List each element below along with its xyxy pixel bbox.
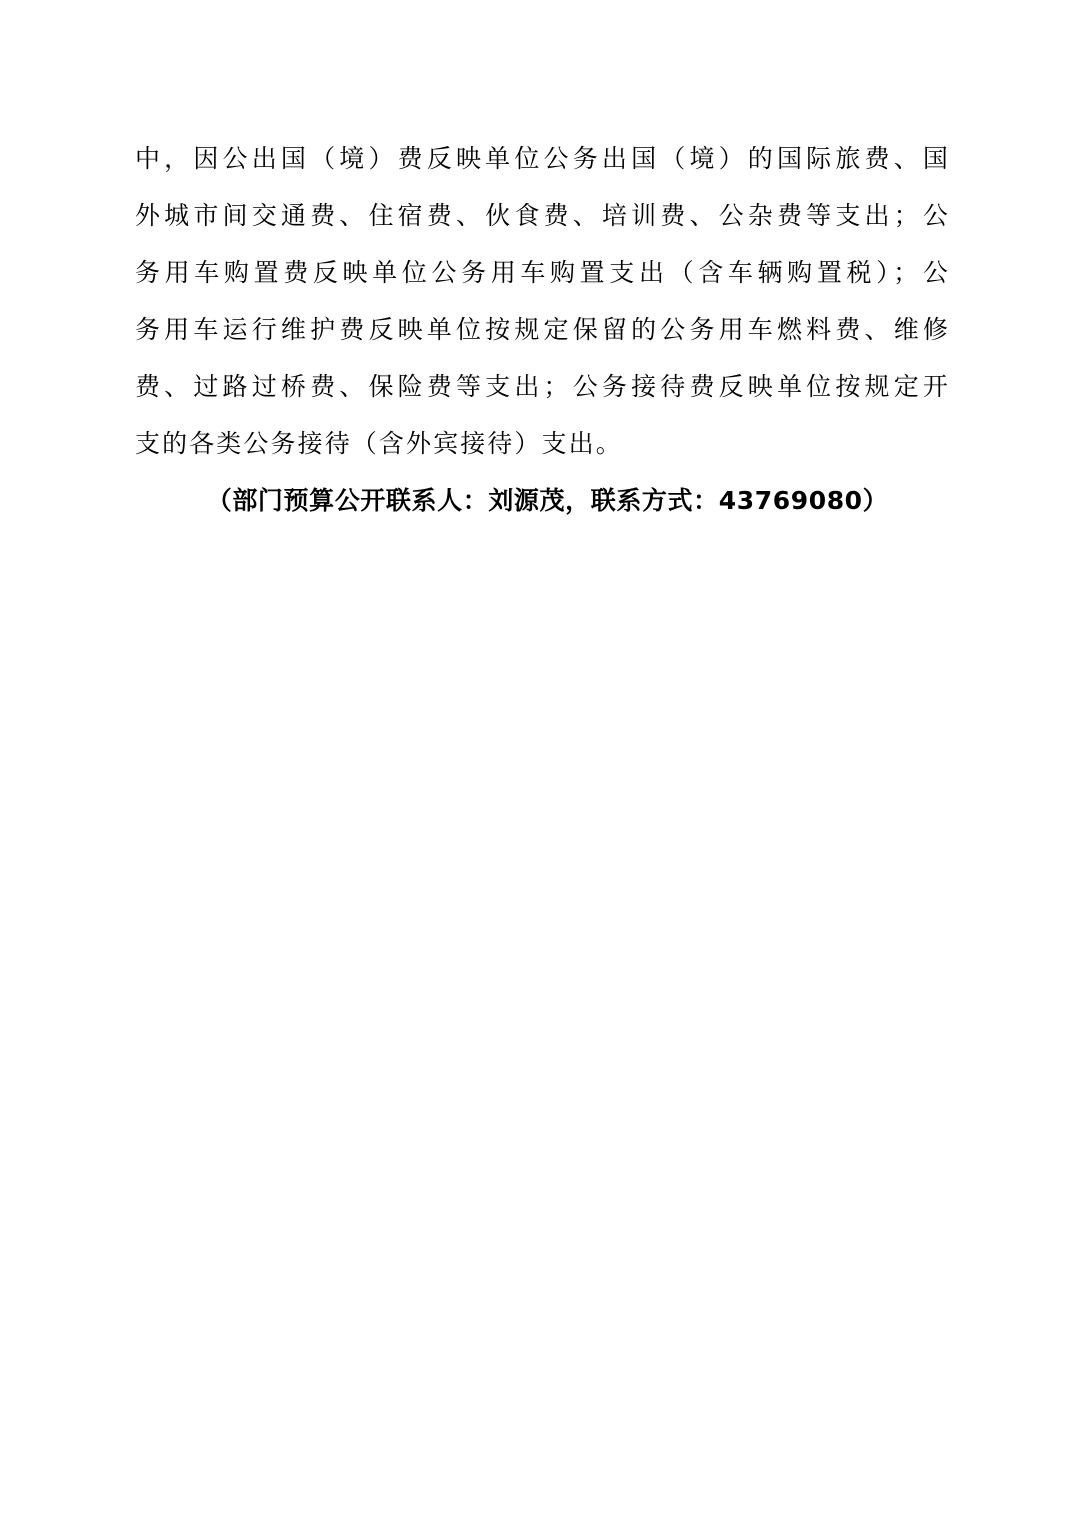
paragraph-line-3: 务用车购置费反映单位公务用车购置支出（含车辆购置税）；公 bbox=[135, 244, 950, 301]
paragraph-line-1: 中，因公出国（境）费反映单位公务出国（境）的国际旅费、国 bbox=[135, 130, 950, 187]
paragraph-line-5: 费、过路过桥费、保险费等支出；公务接待费反映单位按规定开 bbox=[135, 358, 950, 415]
paragraph-line-4: 务用车运行维护费反映单位按规定保留的公务用车燃料费、维修 bbox=[135, 301, 950, 358]
body-paragraph: 中，因公出国（境）费反映单位公务出国（境）的国际旅费、国 外城市间交通费、住宿费… bbox=[135, 130, 950, 472]
paragraph-line-6: 支的各类公务接待（含外宾接待）支出。 bbox=[135, 415, 950, 472]
document-page: 中，因公出国（境）费反映单位公务出国（境）的国际旅费、国 外城市间交通费、住宿费… bbox=[0, 0, 1074, 1520]
contact-info-line: （部门预算公开联系人：刘源茂，联系方式：43769080） bbox=[185, 472, 910, 529]
paragraph-line-2: 外城市间交通费、住宿费、伙食费、培训费、公杂费等支出；公 bbox=[135, 187, 950, 244]
